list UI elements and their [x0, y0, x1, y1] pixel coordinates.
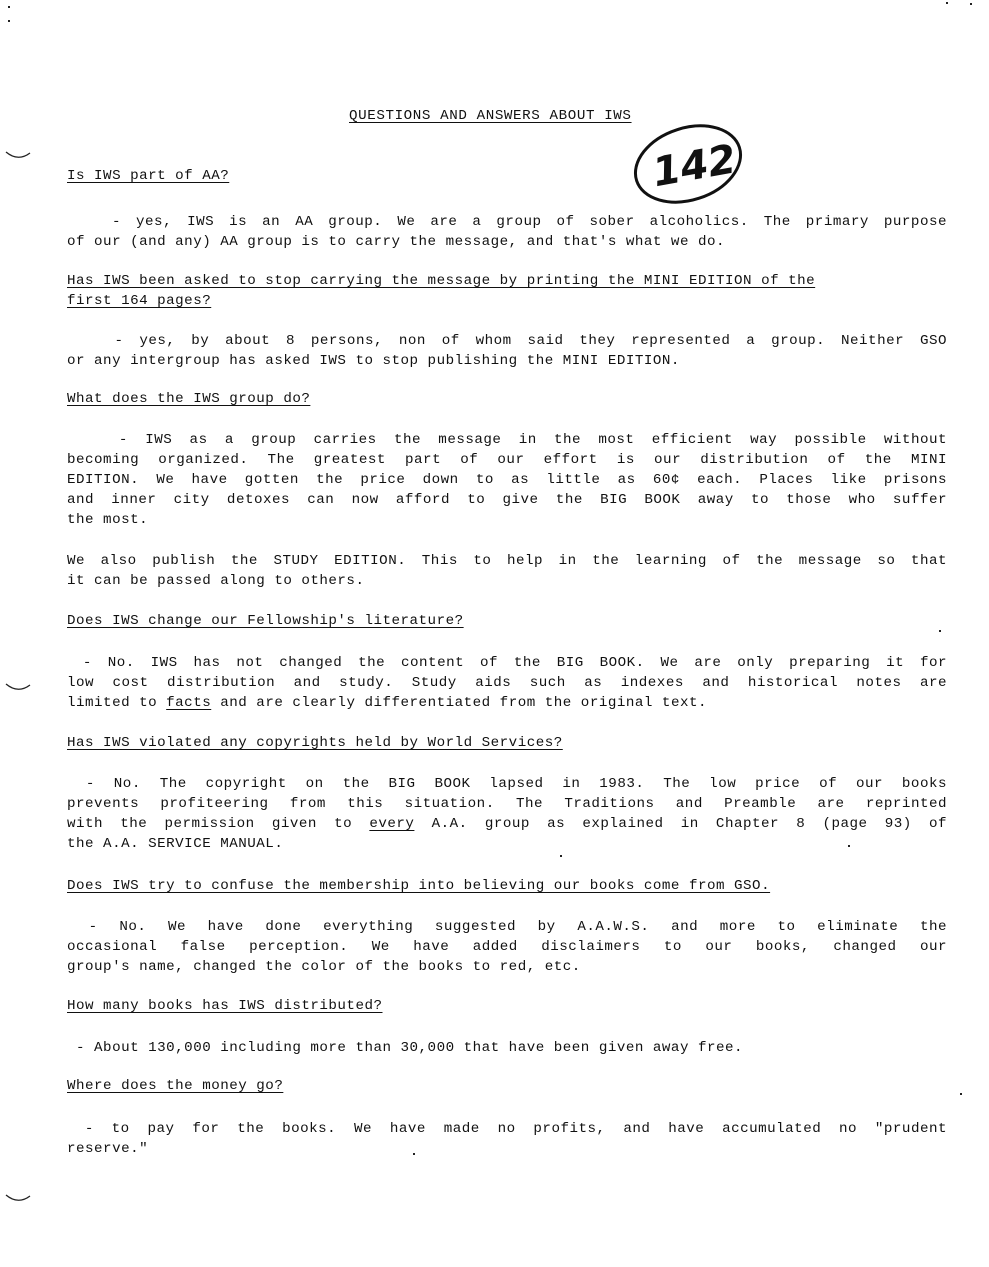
answer-paragraph: - yes, by about 8 persons, non of whom s… — [67, 331, 947, 371]
answer-line: the A.A. SERVICE MANUAL. — [67, 834, 947, 854]
answer-paragraph: - No. The copyright on the BIG BOOK laps… — [67, 774, 947, 854]
answer-line: - to pay for the books. We have made no … — [67, 1119, 947, 1139]
answer-paragraph: - IWS as a group carries the message in … — [67, 430, 947, 530]
scan-speck — [8, 20, 10, 22]
scan-speck — [939, 630, 941, 632]
answer-line: of our (and any) AA group is to carry th… — [67, 232, 947, 252]
answer-line: - No. The copyright on the BIG BOOK laps… — [67, 774, 947, 794]
answer-line: - About 130,000 including more than 30,0… — [67, 1038, 947, 1058]
answer-paragraph: - No. We have done everything suggested … — [67, 917, 947, 977]
scan-speck — [970, 3, 972, 5]
hole-punch-mark — [4, 682, 32, 692]
answer-line: group's name, changed the color of the b… — [67, 957, 947, 977]
answer-line: prevents profiteering from this situatio… — [67, 794, 947, 814]
question-line: Has IWS been asked to stop carrying the … — [67, 271, 947, 291]
answer-paragraph: - to pay for the books. We have made no … — [67, 1119, 947, 1159]
answer-line: - No. We have done everything suggested … — [67, 917, 947, 937]
answer-text: A.A. group as explained in Chapter 8 (pa… — [414, 816, 947, 832]
answer-line: - IWS as a group carries the message in … — [67, 430, 947, 450]
scan-speck — [560, 855, 562, 857]
answer-line: limited to facts and are clearly differe… — [67, 693, 947, 713]
question-heading: Is IWS part of AA? — [67, 166, 947, 186]
question-heading: Does IWS try to confuse the membership i… — [67, 876, 947, 896]
hole-punch-mark — [4, 150, 32, 160]
question-heading: Does IWS change our Fellowship's literat… — [67, 611, 947, 631]
question-heading: Has IWS been asked to stop carrying the … — [67, 271, 947, 311]
answer-line: occasional false perception. We have add… — [67, 937, 947, 957]
answer-paragraph-extra: We also publish the STUDY EDITION. This … — [67, 551, 947, 591]
scan-speck — [848, 845, 850, 847]
question-heading: What does the IWS group do? — [67, 389, 947, 409]
handwritten-page-number-stamp: 142 — [630, 118, 750, 208]
question-heading: Where does the money go? — [67, 1076, 947, 1096]
answer-text: and are clearly differentiated from the … — [211, 695, 707, 711]
question-line: first 164 pages? — [67, 291, 947, 311]
answer-line: and inner city detoxes can now afford to… — [67, 490, 947, 510]
answer-line: - yes, by about 8 persons, non of whom s… — [67, 331, 947, 351]
emphasized-word: every — [369, 816, 414, 832]
answer-line: or any intergroup has asked IWS to stop … — [67, 351, 947, 371]
answer-text: limited to — [67, 695, 166, 711]
answer-line: low cost distribution and study. Study a… — [67, 673, 947, 693]
answer-line: - No. IWS has not changed the content of… — [67, 653, 947, 673]
answer-line: becoming organized. The greatest part of… — [67, 450, 947, 470]
scan-speck — [8, 6, 10, 8]
hole-punch-mark — [4, 1193, 32, 1203]
answer-paragraph: - About 130,000 including more than 30,0… — [67, 1038, 947, 1058]
scanned-document-page: QUESTIONS AND ANSWERS ABOUT IWS 142 Is I… — [0, 0, 989, 1267]
scan-speck — [413, 1153, 415, 1155]
answer-paragraph: - No. IWS has not changed the content of… — [67, 653, 947, 713]
answer-line: EDITION. We have gotten the price down t… — [67, 470, 947, 490]
scan-speck — [946, 2, 948, 4]
answer-line: reserve." — [67, 1139, 947, 1159]
question-heading: How many books has IWS distributed? — [67, 996, 947, 1016]
answer-line: We also publish the STUDY EDITION. This … — [67, 551, 947, 571]
document-title: QUESTIONS AND ANSWERS ABOUT IWS — [349, 108, 632, 124]
answer-paragraph: - yes, IWS is an AA group. We are a grou… — [67, 212, 947, 252]
answer-text: with the permission given to — [67, 816, 369, 832]
question-heading: Has IWS violated any copyrights held by … — [67, 733, 947, 753]
answer-line: the most. — [67, 510, 947, 530]
emphasized-word: facts — [166, 695, 211, 711]
answer-line: it can be passed along to others. — [67, 571, 947, 591]
scan-speck — [960, 1093, 962, 1095]
answer-line: - yes, IWS is an AA group. We are a grou… — [67, 212, 947, 232]
answer-line: with the permission given to every A.A. … — [67, 814, 947, 834]
